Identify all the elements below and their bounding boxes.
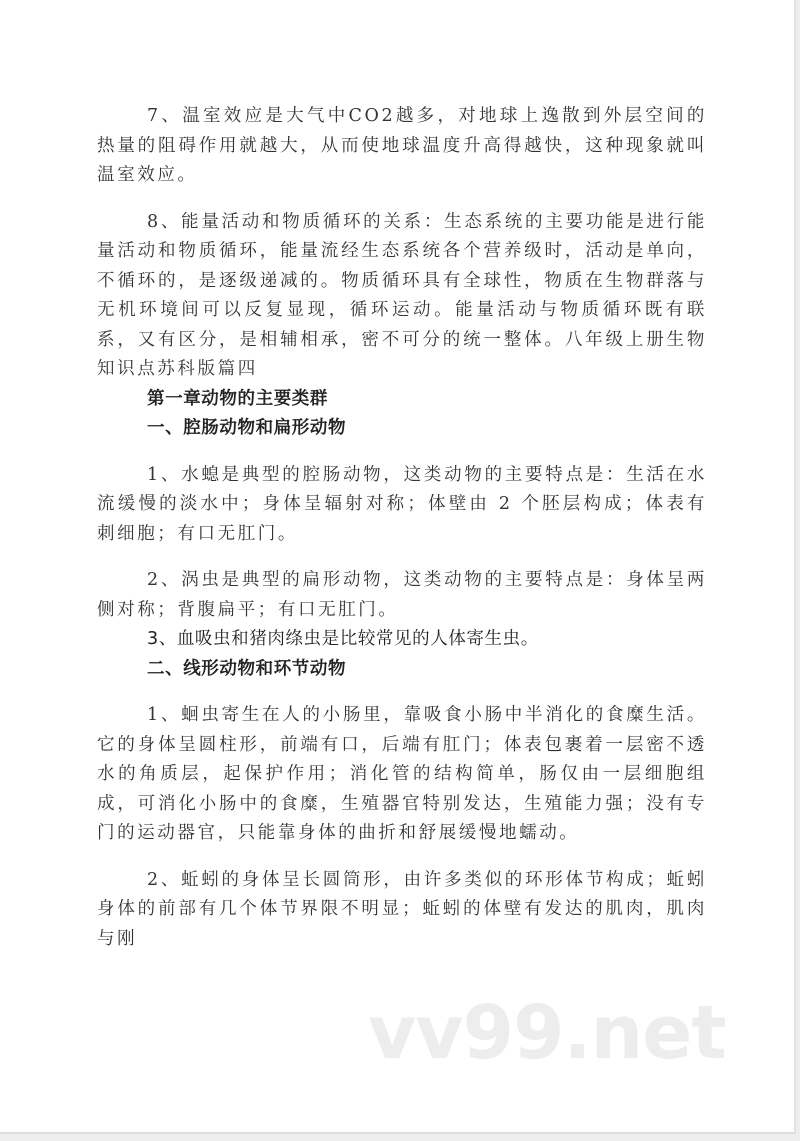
document-page: 7、温室效应是大气中CO2越多，对地球上逸散到外层空间的热量的阻碍作用就越大，从… <box>0 0 796 1134</box>
paragraph-item-7: 7、温室效应是大气中CO2越多，对地球上逸散到外层空间的热量的阻碍作用就越大，从… <box>97 102 707 191</box>
section-2-item-1: 1、蛔虫寄生在人的小肠里，靠吸食小肠中半消化的食糜生活。它的身体呈圆柱形，前端有… <box>97 701 707 849</box>
paragraph-item-8: 8、能量活动和物质循环的关系：生态系统的主要功能是进行能量活动和物质循环，能量流… <box>97 208 707 385</box>
section-1-item-2: 2、涡虫是典型的扁形动物，这类动物的主要特点是：身体呈两侧对称；背腹扁平；有口无… <box>97 566 707 625</box>
section-1-note: 3、血吸虫和猪肉绦虫是比较常见的人体寄生虫。 <box>97 625 707 655</box>
document-content: 7、温室效应是大气中CO2越多，对地球上逸散到外层空间的热量的阻碍作用就越大，从… <box>97 102 707 954</box>
section-1-item-1: 1、水螅是典型的腔肠动物，这类动物的主要特点是：生活在水流缓慢的淡水中；身体呈辐… <box>97 461 707 550</box>
watermark-text: vv99.net <box>368 996 726 1070</box>
section-2-item-2: 2、蚯蚓的身体呈长圆筒形，由许多类似的环形体节构成；蚯蚓身体的前部有几个体节界限… <box>97 866 707 955</box>
section-2-title: 二、线形动物和环节动物 <box>97 655 707 685</box>
section-1-title: 一、腔肠动物和扁形动物 <box>97 414 707 444</box>
chapter-title: 第一章动物的主要类群 <box>97 385 707 415</box>
